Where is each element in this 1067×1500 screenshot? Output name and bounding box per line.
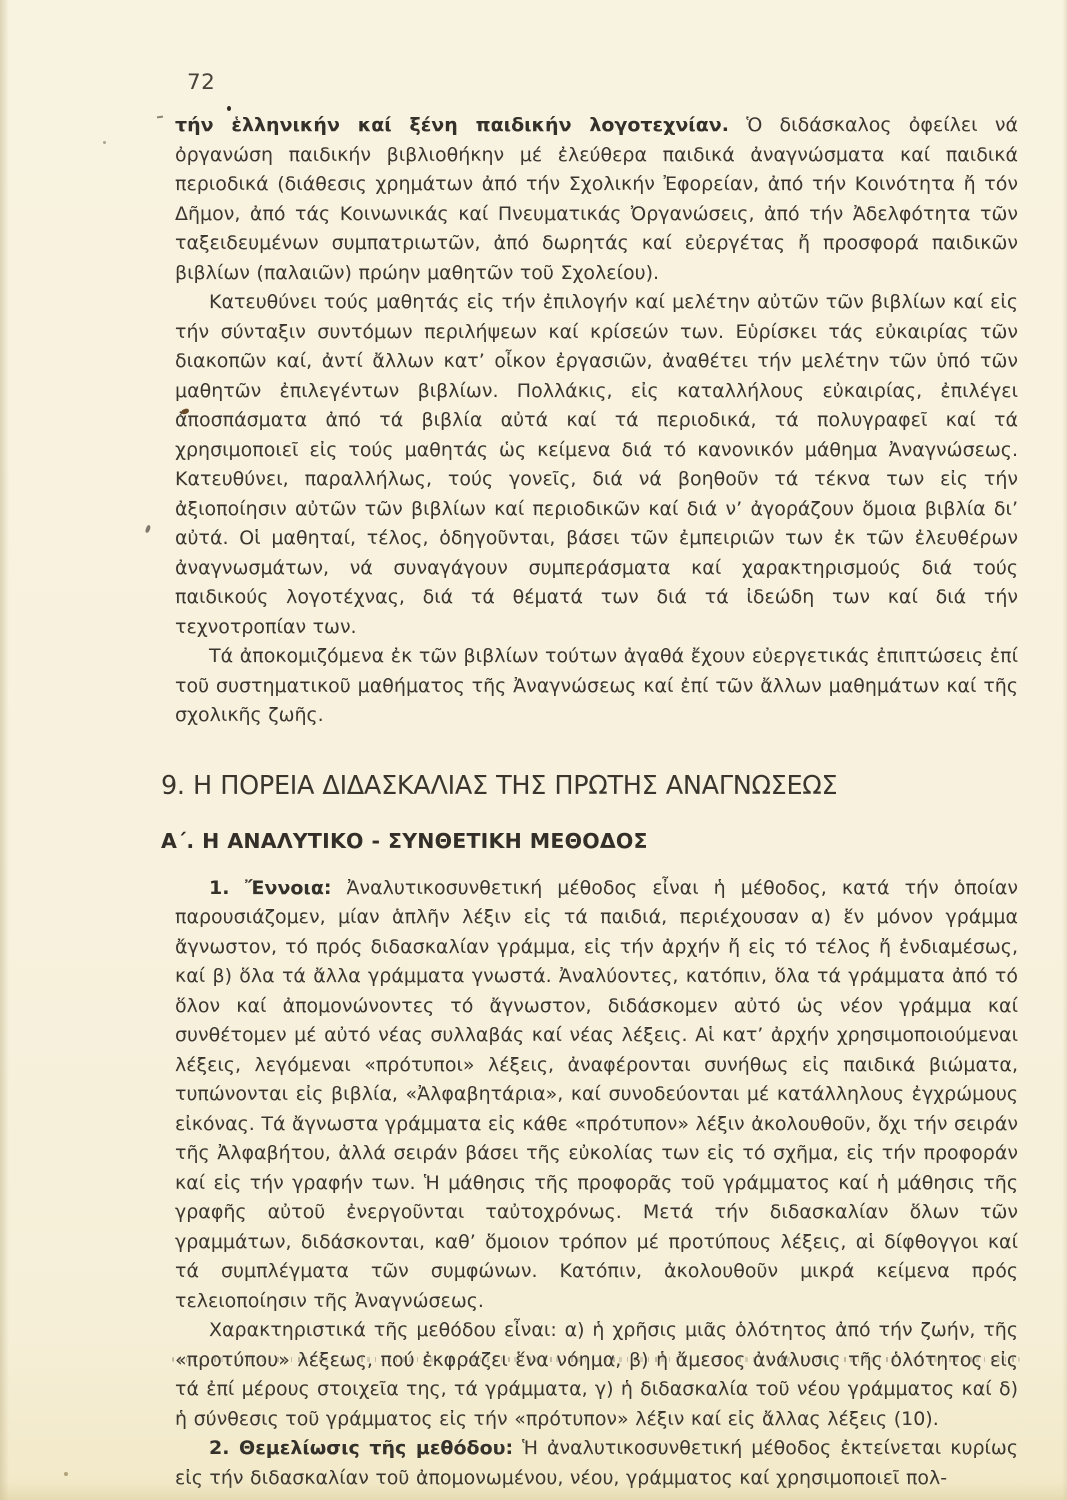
foundation-bold-lead: 2. Θεμελίωσις τῆς μεθόδου: — [209, 1437, 513, 1459]
paragraph-concept: 1. Ἔννοια: Ἀναλυτικοσυνθετική μέθοδος εἶ… — [175, 874, 1018, 1317]
scan-artifact-dash — [157, 116, 163, 119]
paragraph-guidance: Κατευθύνει τούς μαθητάς εἰς τήν ἐπιλογήν… — [175, 288, 1018, 642]
paragraph-continued: τήν ἑλληνικήν καί ξένη παιδικήν λογοτεχν… — [175, 111, 1018, 288]
scan-artifact-speck — [103, 141, 106, 144]
paragraph-characteristics: Χαρακτηριστικά τῆς μεθόδου εἶναι: α) ἡ χ… — [175, 1316, 1018, 1434]
paper-edge-right — [1062, 0, 1067, 1500]
scan-artifact-comma — [145, 525, 151, 534]
paragraph-text: Ἀναλυτικοσυνθετική μέθοδος εἶναι ἡ μέθοδ… — [175, 877, 1018, 1312]
page-number: 72 — [187, 70, 215, 95]
text-block: τήν ἑλληνικήν καί ξένη παιδικήν λογοτεχν… — [175, 111, 1018, 1493]
book-page: 72 τήν ἑλληνικήν καί ξένη παιδικήν λογοτ… — [0, 0, 1067, 1500]
paragraph-text: Ὁ διδάσκαλος ὀφείλει νά ὀργανώση παιδική… — [175, 114, 1018, 284]
paragraph-benefits: Τά ἀποκομιζόμενα ἐκ τῶν βιβλίων τούτων ἀ… — [175, 642, 1018, 731]
section-heading: 9. Η ΠΟΡΕΙΑ ΔΙΔΑΣΚΑΛΙΑΣ ΤΗΣ ΠΡΩΤΗΣ ΑΝΑΓΝ… — [161, 772, 1018, 802]
scan-artifact-speck — [64, 1472, 68, 1476]
paragraph-foundation: 2. Θεμελίωσις τῆς μεθόδου: Ἡ ἀναλυτικοσυ… — [175, 1434, 1018, 1493]
bold-lead-sentence: τήν ἑλληνικήν καί ξένη παιδικήν λογοτεχν… — [175, 114, 729, 136]
subsection-heading: Α΄. Η ΑΝΑΛΥΤΙΚΟ - ΣΥΝΘΕΤΙΚΗ ΜΕΘΟΔΟΣ — [161, 827, 1018, 857]
paper-edge-left — [0, 0, 9, 1500]
concept-bold-lead: 1. Ἔννοια: — [209, 877, 332, 899]
